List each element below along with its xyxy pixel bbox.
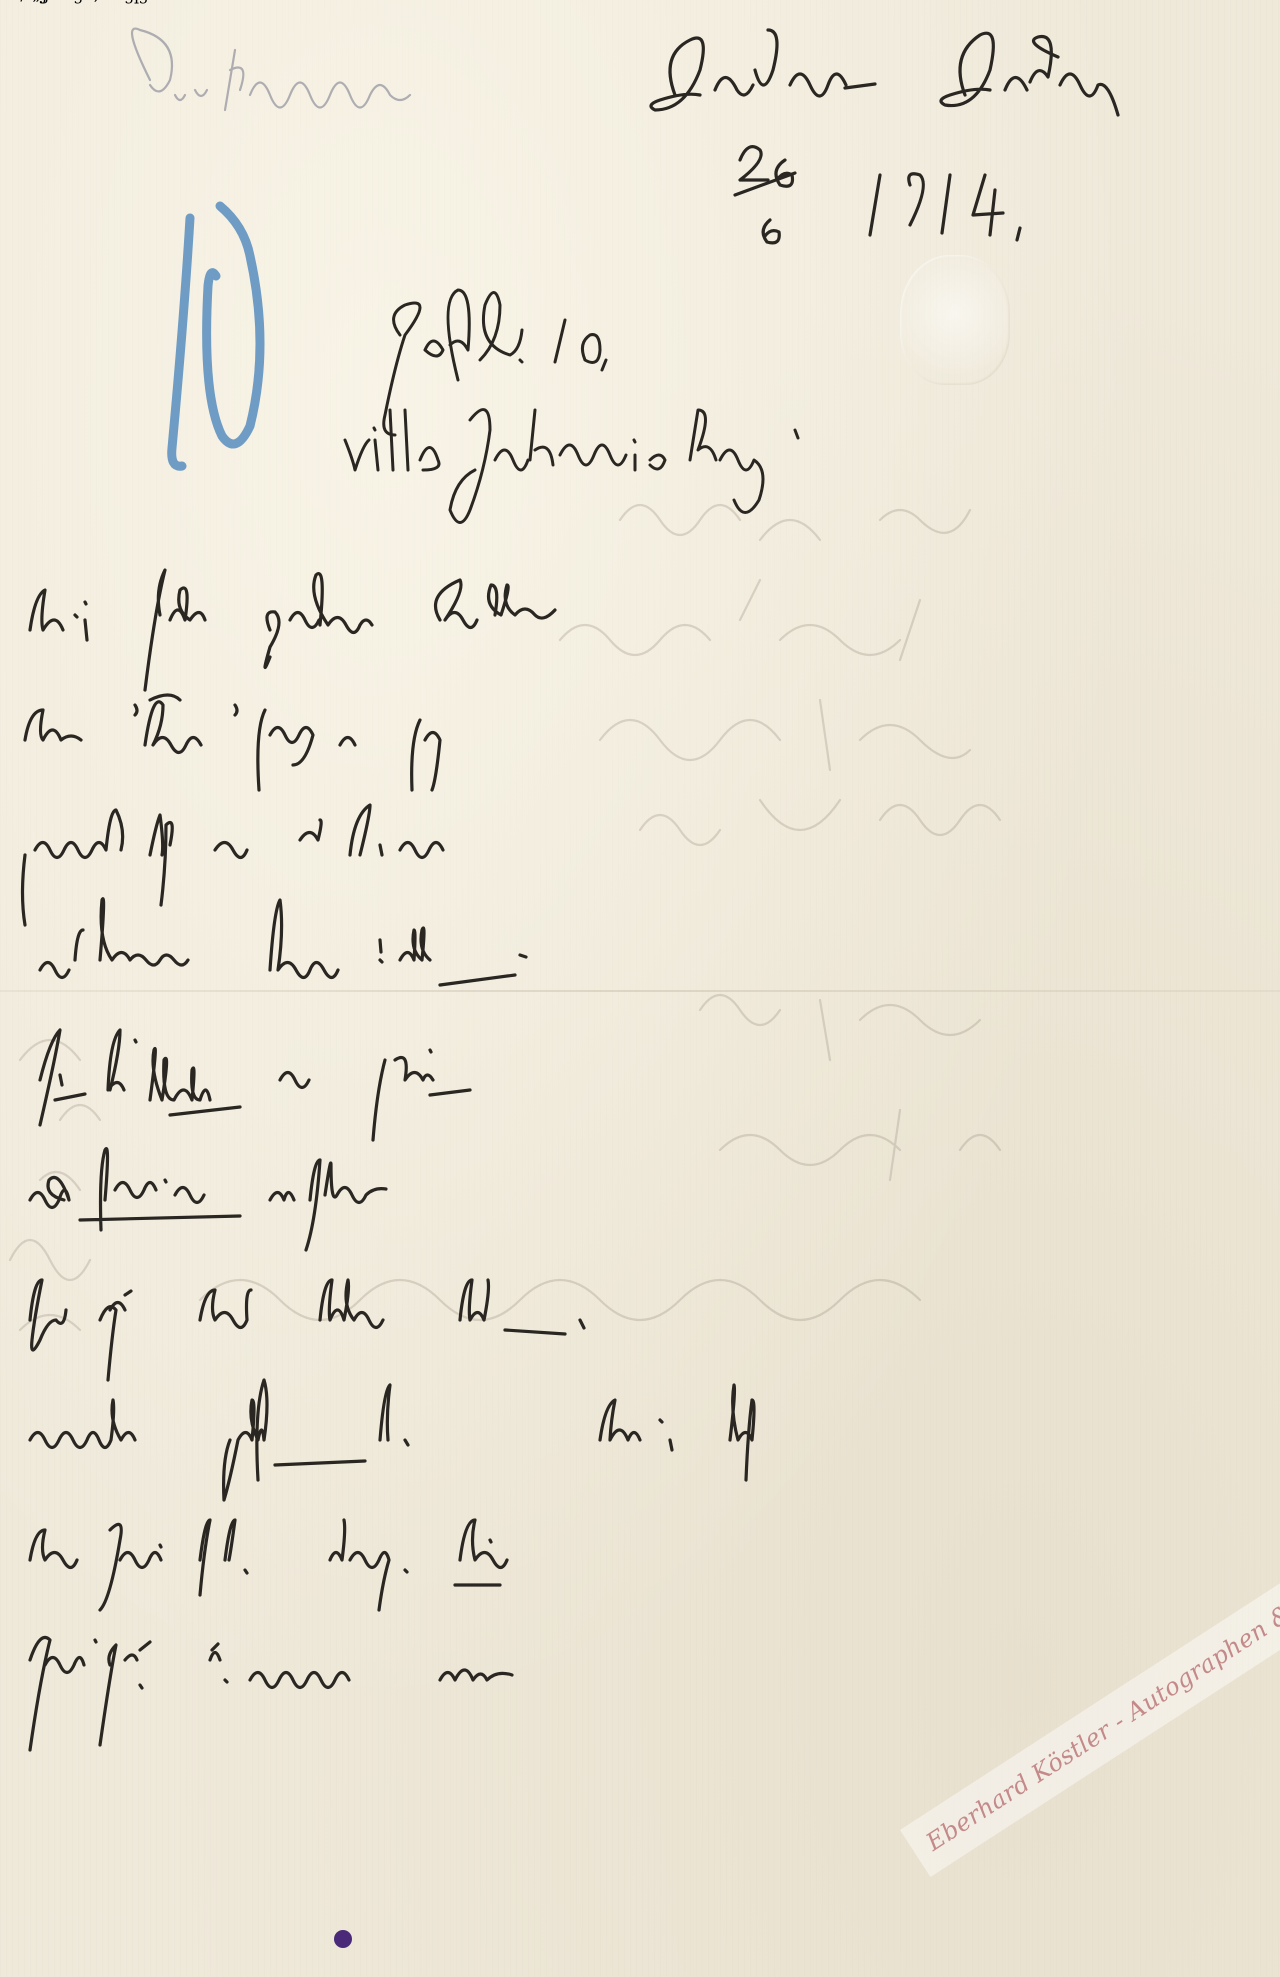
body-line-10: Preise? u. wann der <box>0 0 161 4</box>
purple-ink-dot <box>334 1930 352 1948</box>
letter-body: Die sehr geehrte Redaktion der „Feder“ f… <box>0 0 1280 1977</box>
letter-page: Pfitzner Baden-Baden 26/6 1914. <box>0 0 1280 1977</box>
body-transcription: Die sehr geehrte Redaktion der „Feder“ f… <box>0 0 224 4</box>
